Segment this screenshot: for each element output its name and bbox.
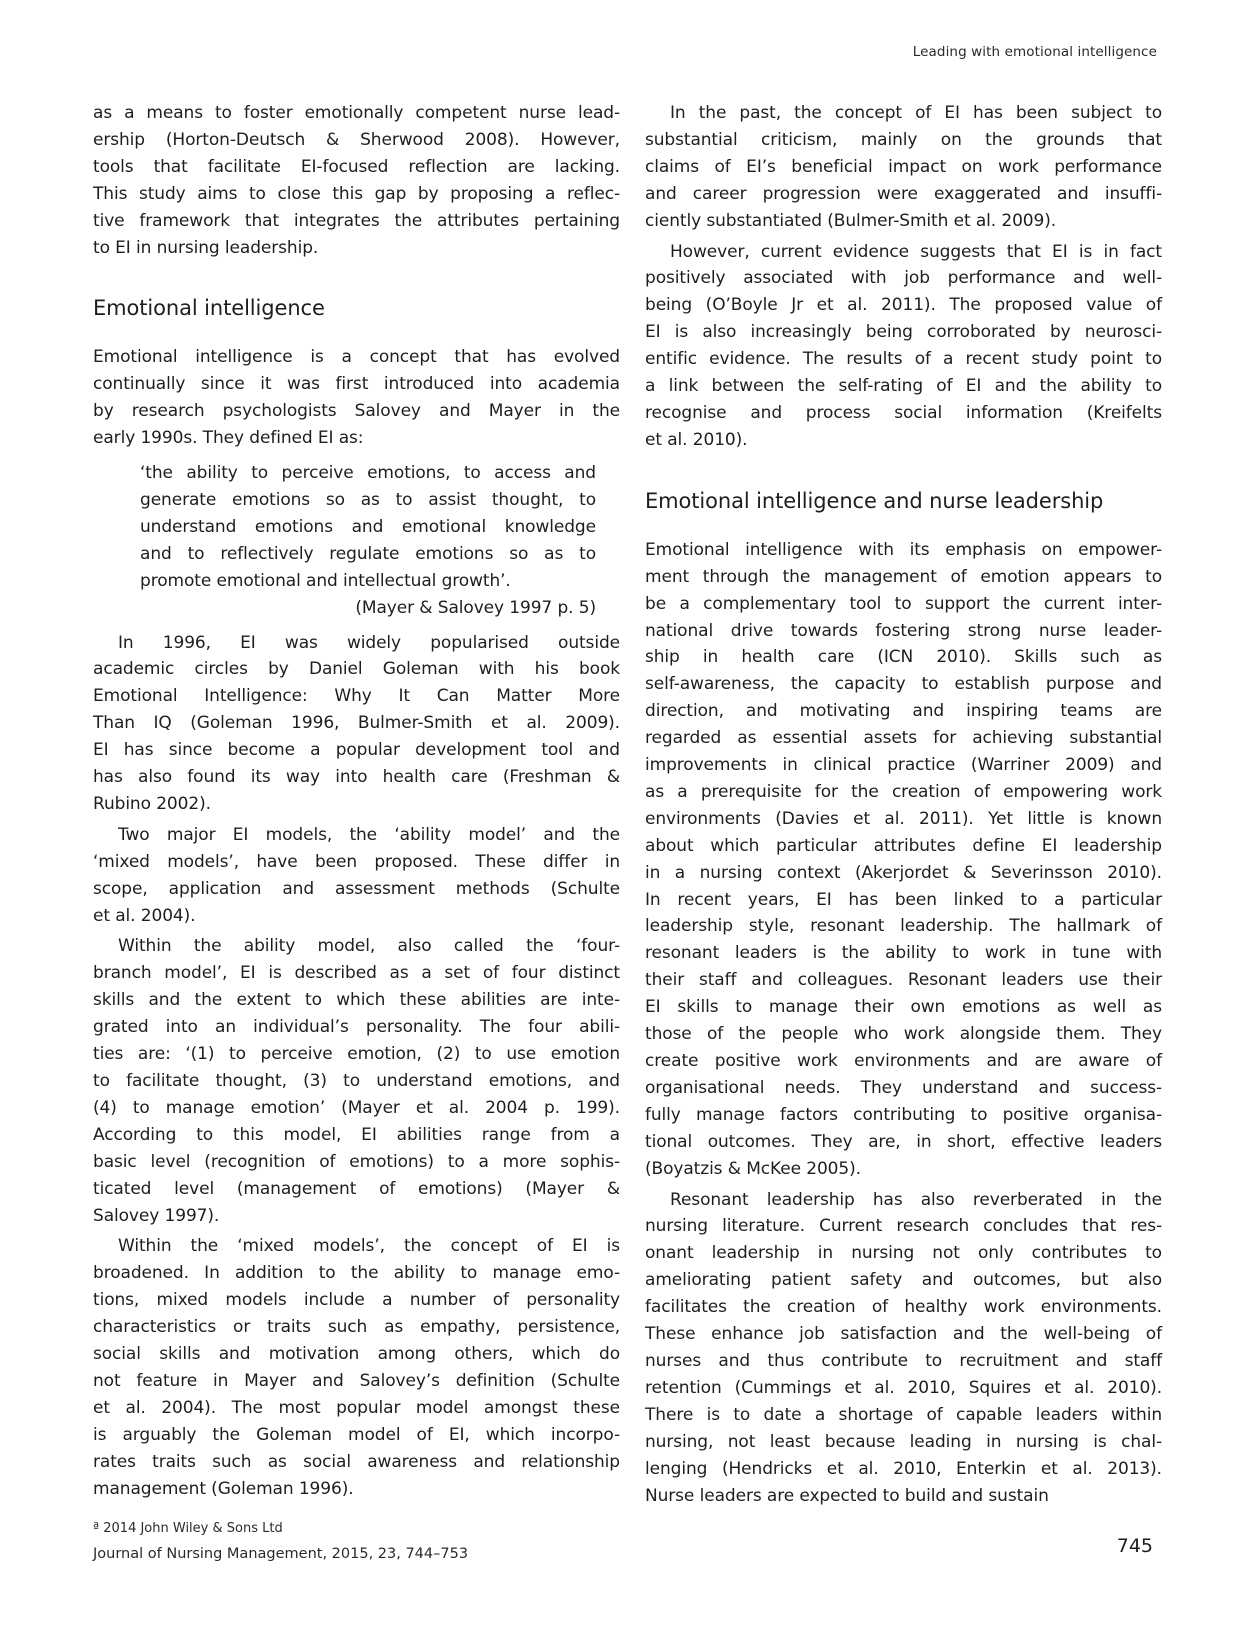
text-line: rates traits such as social awareness an… <box>93 1449 620 1476</box>
text-line: basic level (recognition of emotions) to… <box>93 1149 620 1176</box>
text-line: lenging (Hendricks et al. 2010, Enterkin… <box>645 1456 1162 1483</box>
text-line: social skills and motivation among other… <box>93 1341 620 1368</box>
text-line: to EI in nursing leadership. <box>93 235 620 262</box>
text-line: onant leadership in nursing not only con… <box>645 1240 1162 1267</box>
text-line: ship in health care (ICN 2010). Skills s… <box>645 644 1162 671</box>
text-line: There is to date a shortage of capable l… <box>645 1402 1162 1429</box>
text-line: understand emotions and emotional knowle… <box>140 514 596 541</box>
text-line: claims of EI’s beneficial impact on work… <box>645 154 1162 181</box>
text-line: retention (Cummings et al. 2010, Squires… <box>645 1375 1162 1402</box>
running-header: Leading with emotional intelligence <box>913 44 1157 60</box>
text-line: tive framework that integrates the attri… <box>93 208 620 235</box>
text-line: regarded as essential assets for achievi… <box>645 725 1162 752</box>
quote-attribution: (Mayer & Salovey 1997 p. 5) <box>140 595 596 622</box>
text-line: ment through the management of emotion a… <box>645 564 1162 591</box>
text-line: et al. 2004). The most popular model amo… <box>93 1395 620 1422</box>
paragraph: as a means to foster emotionally compete… <box>93 100 620 261</box>
text-line: Emotional intelligence with its emphasis… <box>645 537 1162 564</box>
text-line: fully manage factors contributing to pos… <box>645 1102 1162 1129</box>
text-line: leadership style, resonant leadership. T… <box>645 913 1162 940</box>
text-line: and career progression were exaggerated … <box>645 181 1162 208</box>
text-line: Resonant leadership has also reverberate… <box>645 1187 1162 1214</box>
text-line: substantial criticism, mainly on the gro… <box>645 127 1162 154</box>
text-line: Two major EI models, the ‘ability model’… <box>93 822 620 849</box>
text-line: academic circles by Daniel Goleman with … <box>93 656 620 683</box>
text-line: ameliorating patient safety and outcomes… <box>645 1267 1162 1294</box>
paragraph: In 1996, EI was widely popularised outsi… <box>93 630 620 818</box>
text-line: Emotional intelligence is a concept that… <box>93 344 620 371</box>
text-line: national drive towards fostering strong … <box>645 618 1162 645</box>
text-line: tools that facilitate EI-focused reflect… <box>93 154 620 181</box>
footer-journal-citation: Journal of Nursing Management, 2015, 23,… <box>93 1546 468 1562</box>
text-line: as a means to foster emotionally compete… <box>93 100 620 127</box>
text-line: facilitates the creation of healthy work… <box>645 1294 1162 1321</box>
text-line: continually since it was first introduce… <box>93 371 620 398</box>
text-line: characteristics or traits such as empath… <box>93 1314 620 1341</box>
text-line: skills and the extent to which these abi… <box>93 987 620 1014</box>
text-line: direction, and motivating and inspiring … <box>645 698 1162 725</box>
left-column: as a means to foster emotionally compete… <box>93 100 620 1503</box>
paragraph: Within the ability model, also called th… <box>93 933 620 1229</box>
text-line: In 1996, EI was widely popularised outsi… <box>93 630 620 657</box>
text-line: These enhance job satisfaction and the w… <box>645 1321 1162 1348</box>
text-line: EI is also increasingly being corroborat… <box>645 319 1162 346</box>
paragraph: Emotional intelligence is a concept that… <box>93 344 620 452</box>
text-line: positively associated with job performan… <box>645 265 1162 292</box>
text-line: scope, application and assessment method… <box>93 876 620 903</box>
text-line: a link between the self-rating of EI and… <box>645 373 1162 400</box>
text-line: in a nursing context (Akerjordet & Sever… <box>645 860 1162 887</box>
text-line: branch model’, EI is described as a set … <box>93 960 620 987</box>
text-line: (Boyatzis & McKee 2005). <box>645 1156 1162 1183</box>
paragraph: However, current evidence suggests that … <box>645 239 1162 454</box>
text-line: resonant leaders is the ability to work … <box>645 940 1162 967</box>
text-line: ciently substantiated (Bulmer-Smith et a… <box>645 208 1162 235</box>
text-line: Within the ability model, also called th… <box>93 933 620 960</box>
text-line: to facilitate thought, (3) to understand… <box>93 1068 620 1095</box>
text-line: (4) to manage emotion’ (Mayer et al. 200… <box>93 1095 620 1122</box>
section-heading: Emotional intelligence and nurse leaders… <box>645 486 1162 516</box>
paragraph: In the past, the concept of EI has been … <box>645 100 1162 235</box>
text-line: organisational needs. They understand an… <box>645 1075 1162 1102</box>
text-line: ership (Horton-Deutsch & Sherwood 2008).… <box>93 127 620 154</box>
text-line: ticated level (management of emotions) (… <box>93 1176 620 1203</box>
text-line: nursing literature. Current research con… <box>645 1213 1162 1240</box>
text-line: about which particular attributes define… <box>645 833 1162 860</box>
page-number: 745 <box>1117 1535 1153 1557</box>
text-line: entific evidence. The results of a recen… <box>645 346 1162 373</box>
text-line: grated into an individual’s personality.… <box>93 1014 620 1041</box>
text-line: has also found its way into health care … <box>93 764 620 791</box>
text-line: tions, mixed models include a number of … <box>93 1287 620 1314</box>
text-line: et al. 2010). <box>645 427 1162 454</box>
text-line: ‘mixed models’, have been proposed. Thes… <box>93 849 620 876</box>
text-line: broadened. In addition to the ability to… <box>93 1260 620 1287</box>
text-line: as a prerequisite for the creation of em… <box>645 779 1162 806</box>
text-line: Rubino 2002). <box>93 791 620 818</box>
text-line: be a complementary tool to support the c… <box>645 591 1162 618</box>
text-line: According to this model, EI abilities ra… <box>93 1122 620 1149</box>
text-line: Salovey 1997). <box>93 1203 620 1230</box>
text-line: et al. 2004). <box>93 903 620 930</box>
text-line: their staff and colleagues. Resonant lea… <box>645 967 1162 994</box>
right-column: In the past, the concept of EI has been … <box>645 100 1162 1509</box>
text-line: Within the ‘mixed models’, the concept o… <box>93 1233 620 1260</box>
paragraph: Resonant leadership has also reverberate… <box>645 1187 1162 1510</box>
paragraph: Emotional intelligence with its emphasis… <box>645 537 1162 1183</box>
text-line: tional outcomes. They are, in short, eff… <box>645 1129 1162 1156</box>
text-line: In recent years, EI has been linked to a… <box>645 887 1162 914</box>
text-line: In the past, the concept of EI has been … <box>645 100 1162 127</box>
text-line: This study aims to close this gap by pro… <box>93 181 620 208</box>
journal-page: Leading with emotional intelligence as a… <box>0 0 1241 1630</box>
text-line: create positive work environments and ar… <box>645 1048 1162 1075</box>
text-line: generate emotions so as to assist though… <box>140 487 596 514</box>
text-line: nursing, not least because leading in nu… <box>645 1429 1162 1456</box>
section-heading: Emotional intelligence <box>93 293 620 323</box>
text-line: EI has since become a popular developmen… <box>93 737 620 764</box>
text-line: is arguably the Goleman model of EI, whi… <box>93 1422 620 1449</box>
text-line: Nurse leaders are expected to build and … <box>645 1483 1162 1510</box>
text-line: those of the people who work alongside t… <box>645 1021 1162 1048</box>
block-quote: ‘the ability to perceive emotions, to ac… <box>93 460 620 621</box>
text-line: promote emotional and intellectual growt… <box>140 568 596 595</box>
text-line: being (O’Boyle Jr et al. 2011). The prop… <box>645 292 1162 319</box>
paragraph: Two major EI models, the ‘ability model’… <box>93 822 620 930</box>
text-line: However, current evidence suggests that … <box>645 239 1162 266</box>
text-line: ‘the ability to perceive emotions, to ac… <box>140 460 596 487</box>
text-line: by research psychologists Salovey and Ma… <box>93 398 620 425</box>
text-line: EI skills to manage their own emotions a… <box>645 994 1162 1021</box>
text-line: early 1990s. They defined EI as: <box>93 425 620 452</box>
text-line: ties are: ‘(1) to perceive emotion, (2) … <box>93 1041 620 1068</box>
text-line: and to reflectively regulate emotions so… <box>140 541 596 568</box>
text-line: Emotional Intelligence: Why It Can Matte… <box>93 683 620 710</box>
text-line: self-awareness, the capacity to establis… <box>645 671 1162 698</box>
text-line: management (Goleman 1996). <box>93 1476 620 1503</box>
text-line: nurses and thus contribute to recruitmen… <box>645 1348 1162 1375</box>
text-line: not feature in Mayer and Salovey’s defin… <box>93 1368 620 1395</box>
footer-copyright: ª 2014 John Wiley & Sons Ltd <box>93 1521 283 1536</box>
text-line: Than IQ (Goleman 1996, Bulmer-Smith et a… <box>93 710 620 737</box>
text-line: improvements in clinical practice (Warri… <box>645 752 1162 779</box>
text-line: environments (Davies et al. 2011). Yet l… <box>645 806 1162 833</box>
paragraph: Within the ‘mixed models’, the concept o… <box>93 1233 620 1502</box>
text-line: recognise and process social information… <box>645 400 1162 427</box>
